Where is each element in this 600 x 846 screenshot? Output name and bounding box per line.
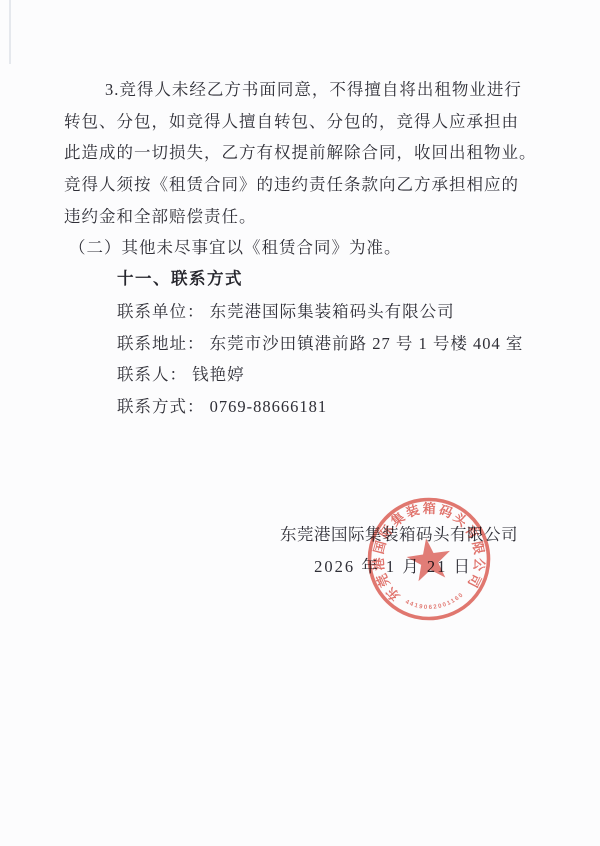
paragraph-line: 竞得人须按《租赁合同》的违约责任条款向乙方承担相应的	[64, 169, 540, 201]
contact-unit-line: 联系单位： 东莞港国际集装箱码头有限公司	[64, 296, 540, 328]
clause-line: （二）其他未尽事宜以《租赁合同》为准。	[64, 232, 540, 264]
paragraph-line: 违约金和全部赔偿责任。	[64, 201, 540, 233]
scan-edge-artifact	[9, 0, 11, 64]
paragraph-line: 此造成的一切损失，乙方有权提前解除合同，收回出租物业。	[64, 137, 540, 169]
contact-person-line: 联系人： 钱艳婷	[64, 359, 540, 391]
contact-phone-line: 联系方式： 0769-88666181	[64, 391, 540, 423]
section-heading-contact: 十一、联系方式	[64, 264, 540, 296]
seal-star-icon	[404, 535, 453, 582]
company-seal-stamp-icon: 东莞港国际集装箱码头有限公司 4419062001160	[357, 487, 502, 632]
contact-address-line: 联系地址： 东莞市沙田镇港前路 27 号 1 号楼 404 室	[64, 328, 540, 360]
paragraph-line: 转包、分包，如竞得人擅自转包、分包的，竞得人应承担由	[64, 106, 540, 138]
scanned-document-page: 3.竞得人未经乙方书面同意，不得擅自将出租物业进行 转包、分包，如竞得人擅自转包…	[0, 0, 600, 846]
paragraph-line: 3.竞得人未经乙方书面同意，不得擅自将出租物业进行	[64, 74, 540, 106]
document-body: 3.竞得人未经乙方书面同意，不得擅自将出租物业进行 转包、分包，如竞得人擅自转包…	[64, 74, 540, 423]
